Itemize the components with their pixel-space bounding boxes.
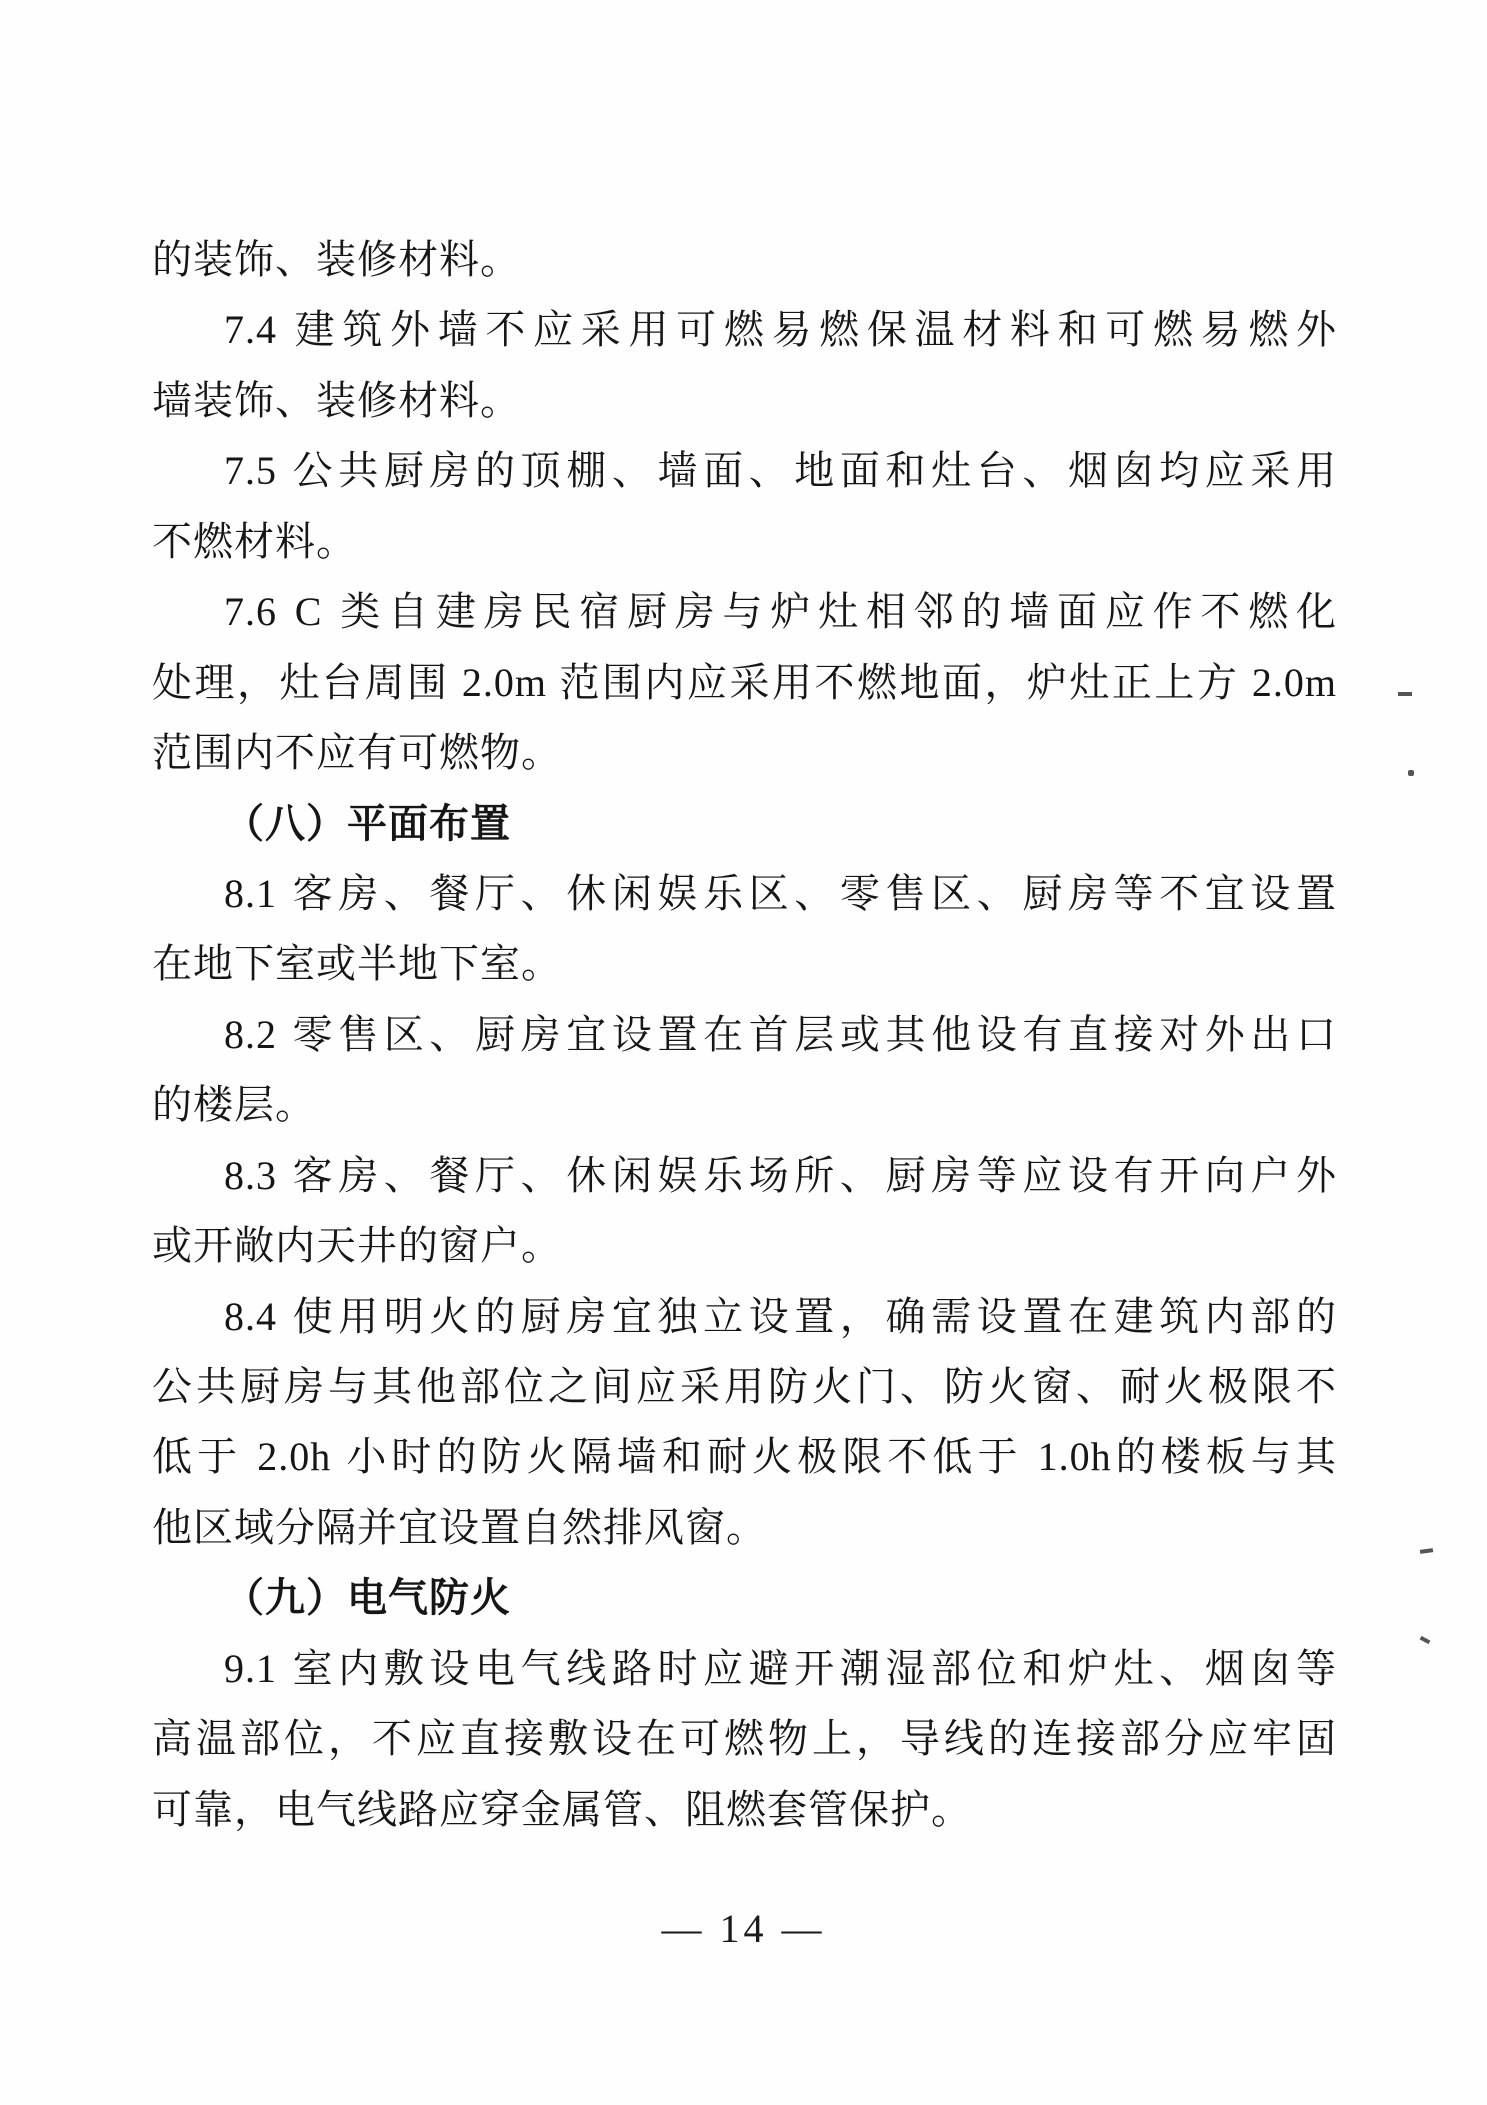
text-line: （八）平面布置 (152, 789, 1337, 859)
document-page: 的装饰、装修材料。7.4 建筑外墙不应采用可燃易燃保温材料和可燃易燃外墙装饰、装… (0, 0, 1487, 2105)
text-line: 8.1 客房、餐厅、休闲娱乐区、零售区、厨房等不宜设置 (152, 859, 1337, 929)
text-line: 在地下室或半地下室。 (152, 929, 1337, 999)
scan-artifact-mark (1398, 692, 1412, 696)
text-line: （九）电气防火 (152, 1563, 1337, 1633)
text-line: 他区域分隔并宜设置自然排风窗。 (152, 1493, 1337, 1563)
text-line: 8.4 使用明火的厨房宜独立设置，确需设置在建筑内部的 (152, 1282, 1337, 1352)
text-line: 7.6 C 类自建房民宿厨房与炉灶相邻的墙面应作不燃化 (152, 577, 1337, 647)
text-line: 8.2 零售区、厨房宜设置在首层或其他设有直接对外出口 (152, 1000, 1337, 1070)
text-line: 7.4 建筑外墙不应采用可燃易燃保温材料和可燃易燃外 (152, 295, 1337, 365)
text-line: 公共厨房与其他部位之间应采用防火门、防火窗、耐火极限不 (152, 1352, 1337, 1422)
text-line: 高温部位，不应直接敷设在可燃物上，导线的连接部分应牢固 (152, 1704, 1337, 1774)
text-line: 或开敞内天井的窗户。 (152, 1211, 1337, 1281)
text-line: 低于 2.0h 小时的防火隔墙和耐火极限不低于 1.0h的楼板与其 (152, 1422, 1337, 1492)
text-line: 墙装饰、装修材料。 (152, 366, 1337, 436)
text-line: 不燃材料。 (152, 507, 1337, 577)
scan-artifact-mark (1408, 770, 1414, 776)
text-line: 范围内不应有可燃物。 (152, 718, 1337, 788)
scan-artifact-mark (1420, 1548, 1433, 1554)
text-line: 处理，灶台周围 2.0m 范围内应采用不燃地面，炉灶正上方 2.0m (152, 648, 1337, 718)
text-line: 8.3 客房、餐厅、休闲娱乐场所、厨房等应设有开向户外 (152, 1141, 1337, 1211)
text-line: 7.5 公共厨房的顶棚、墙面、地面和灶台、烟囱均应采用 (152, 436, 1337, 506)
document-body-text: 的装饰、装修材料。7.4 建筑外墙不应采用可燃易燃保温材料和可燃易燃外墙装饰、装… (152, 225, 1337, 1845)
text-line: 可靠，电气线路应穿金属管、阻燃套管保护。 (152, 1775, 1337, 1845)
text-line: 9.1 室内敷设电气线路时应避开潮湿部位和炉灶、烟囱等 (152, 1634, 1337, 1704)
text-line: 的装饰、装修材料。 (152, 225, 1337, 295)
page-number: — 14 — (0, 1905, 1487, 1952)
scan-artifact-mark (1420, 1636, 1431, 1644)
text-line: 的楼层。 (152, 1070, 1337, 1140)
